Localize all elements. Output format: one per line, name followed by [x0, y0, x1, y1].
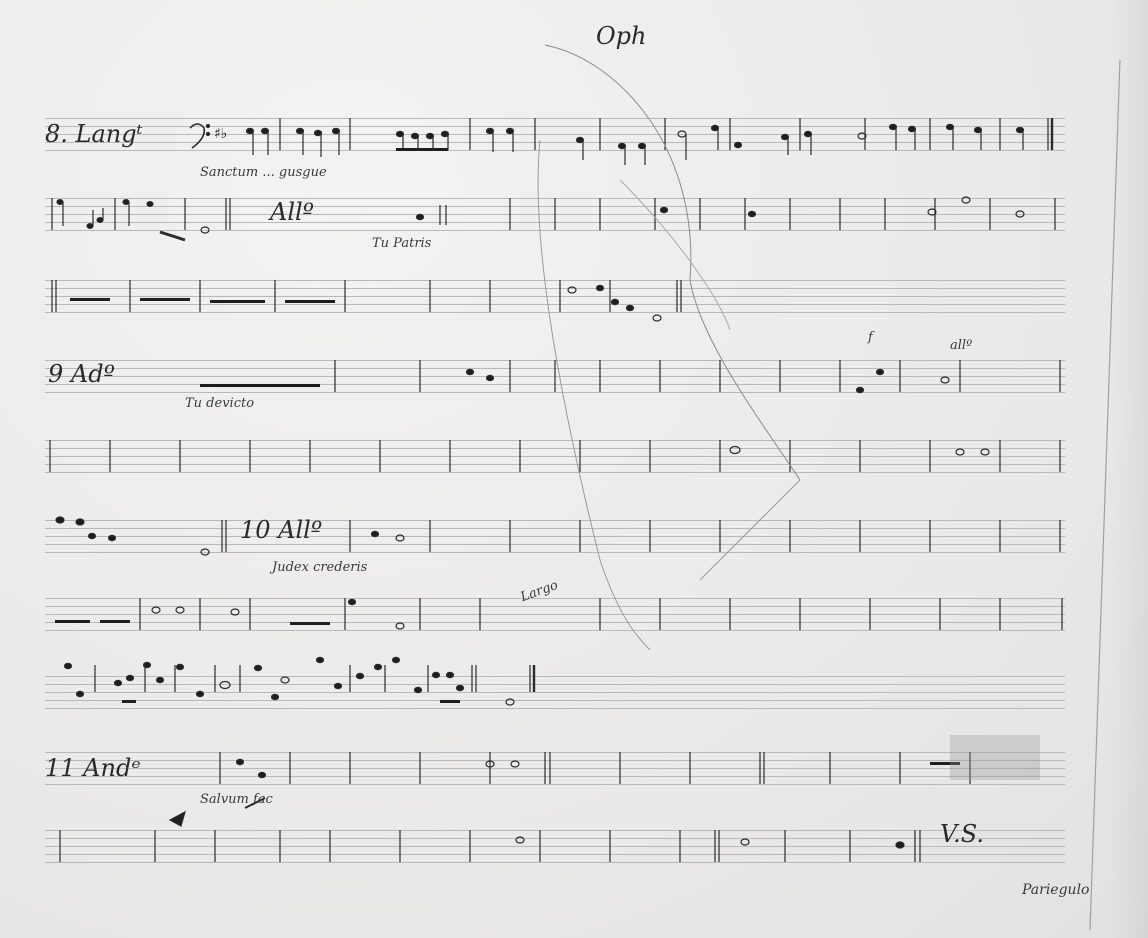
section-9-heading: 9 Adº	[48, 360, 115, 388]
row-6-notes	[56, 517, 1060, 555]
section-11-heading: 11 Andᵉ	[45, 754, 141, 782]
svg-text:♯♭: ♯♭	[214, 126, 227, 142]
section-10-subtitle: Judex crederis	[272, 560, 367, 575]
header-mark: Oph	[596, 22, 647, 50]
section-8-subtitle: Sanctum ... gusgue	[200, 165, 327, 180]
row4-tempo-mark: allº	[950, 338, 972, 353]
section-10-heading: 10 Allº	[240, 516, 322, 544]
section-9-subtitle: Tu devicto	[185, 396, 254, 411]
manuscript-page: ♯♭	[0, 0, 1148, 938]
section-8-heading: 8. Langᵗ	[45, 120, 143, 148]
row-8-notes	[65, 657, 535, 705]
volti-subito-mark: V.S.	[940, 820, 984, 848]
row-1-notes: ♯♭	[190, 118, 1052, 165]
row-4-notes	[200, 360, 1060, 393]
row-9-notes	[220, 735, 1040, 784]
notation-layer: ♯♭	[0, 0, 1148, 938]
row4-forte-mark: f	[868, 330, 873, 345]
row-2-notes	[52, 197, 1055, 240]
row-3-notes	[52, 280, 681, 321]
section-11-subtitle: Salvum fac	[200, 792, 273, 807]
row-5-notes	[50, 440, 1060, 472]
section-8b-subtitle: Tu Patris	[372, 236, 431, 251]
section-8b-tempo: Allº	[270, 198, 314, 226]
row-7-notes	[55, 598, 1062, 630]
signature: Pariegulo	[1022, 882, 1089, 898]
row-10-notes	[60, 798, 920, 862]
